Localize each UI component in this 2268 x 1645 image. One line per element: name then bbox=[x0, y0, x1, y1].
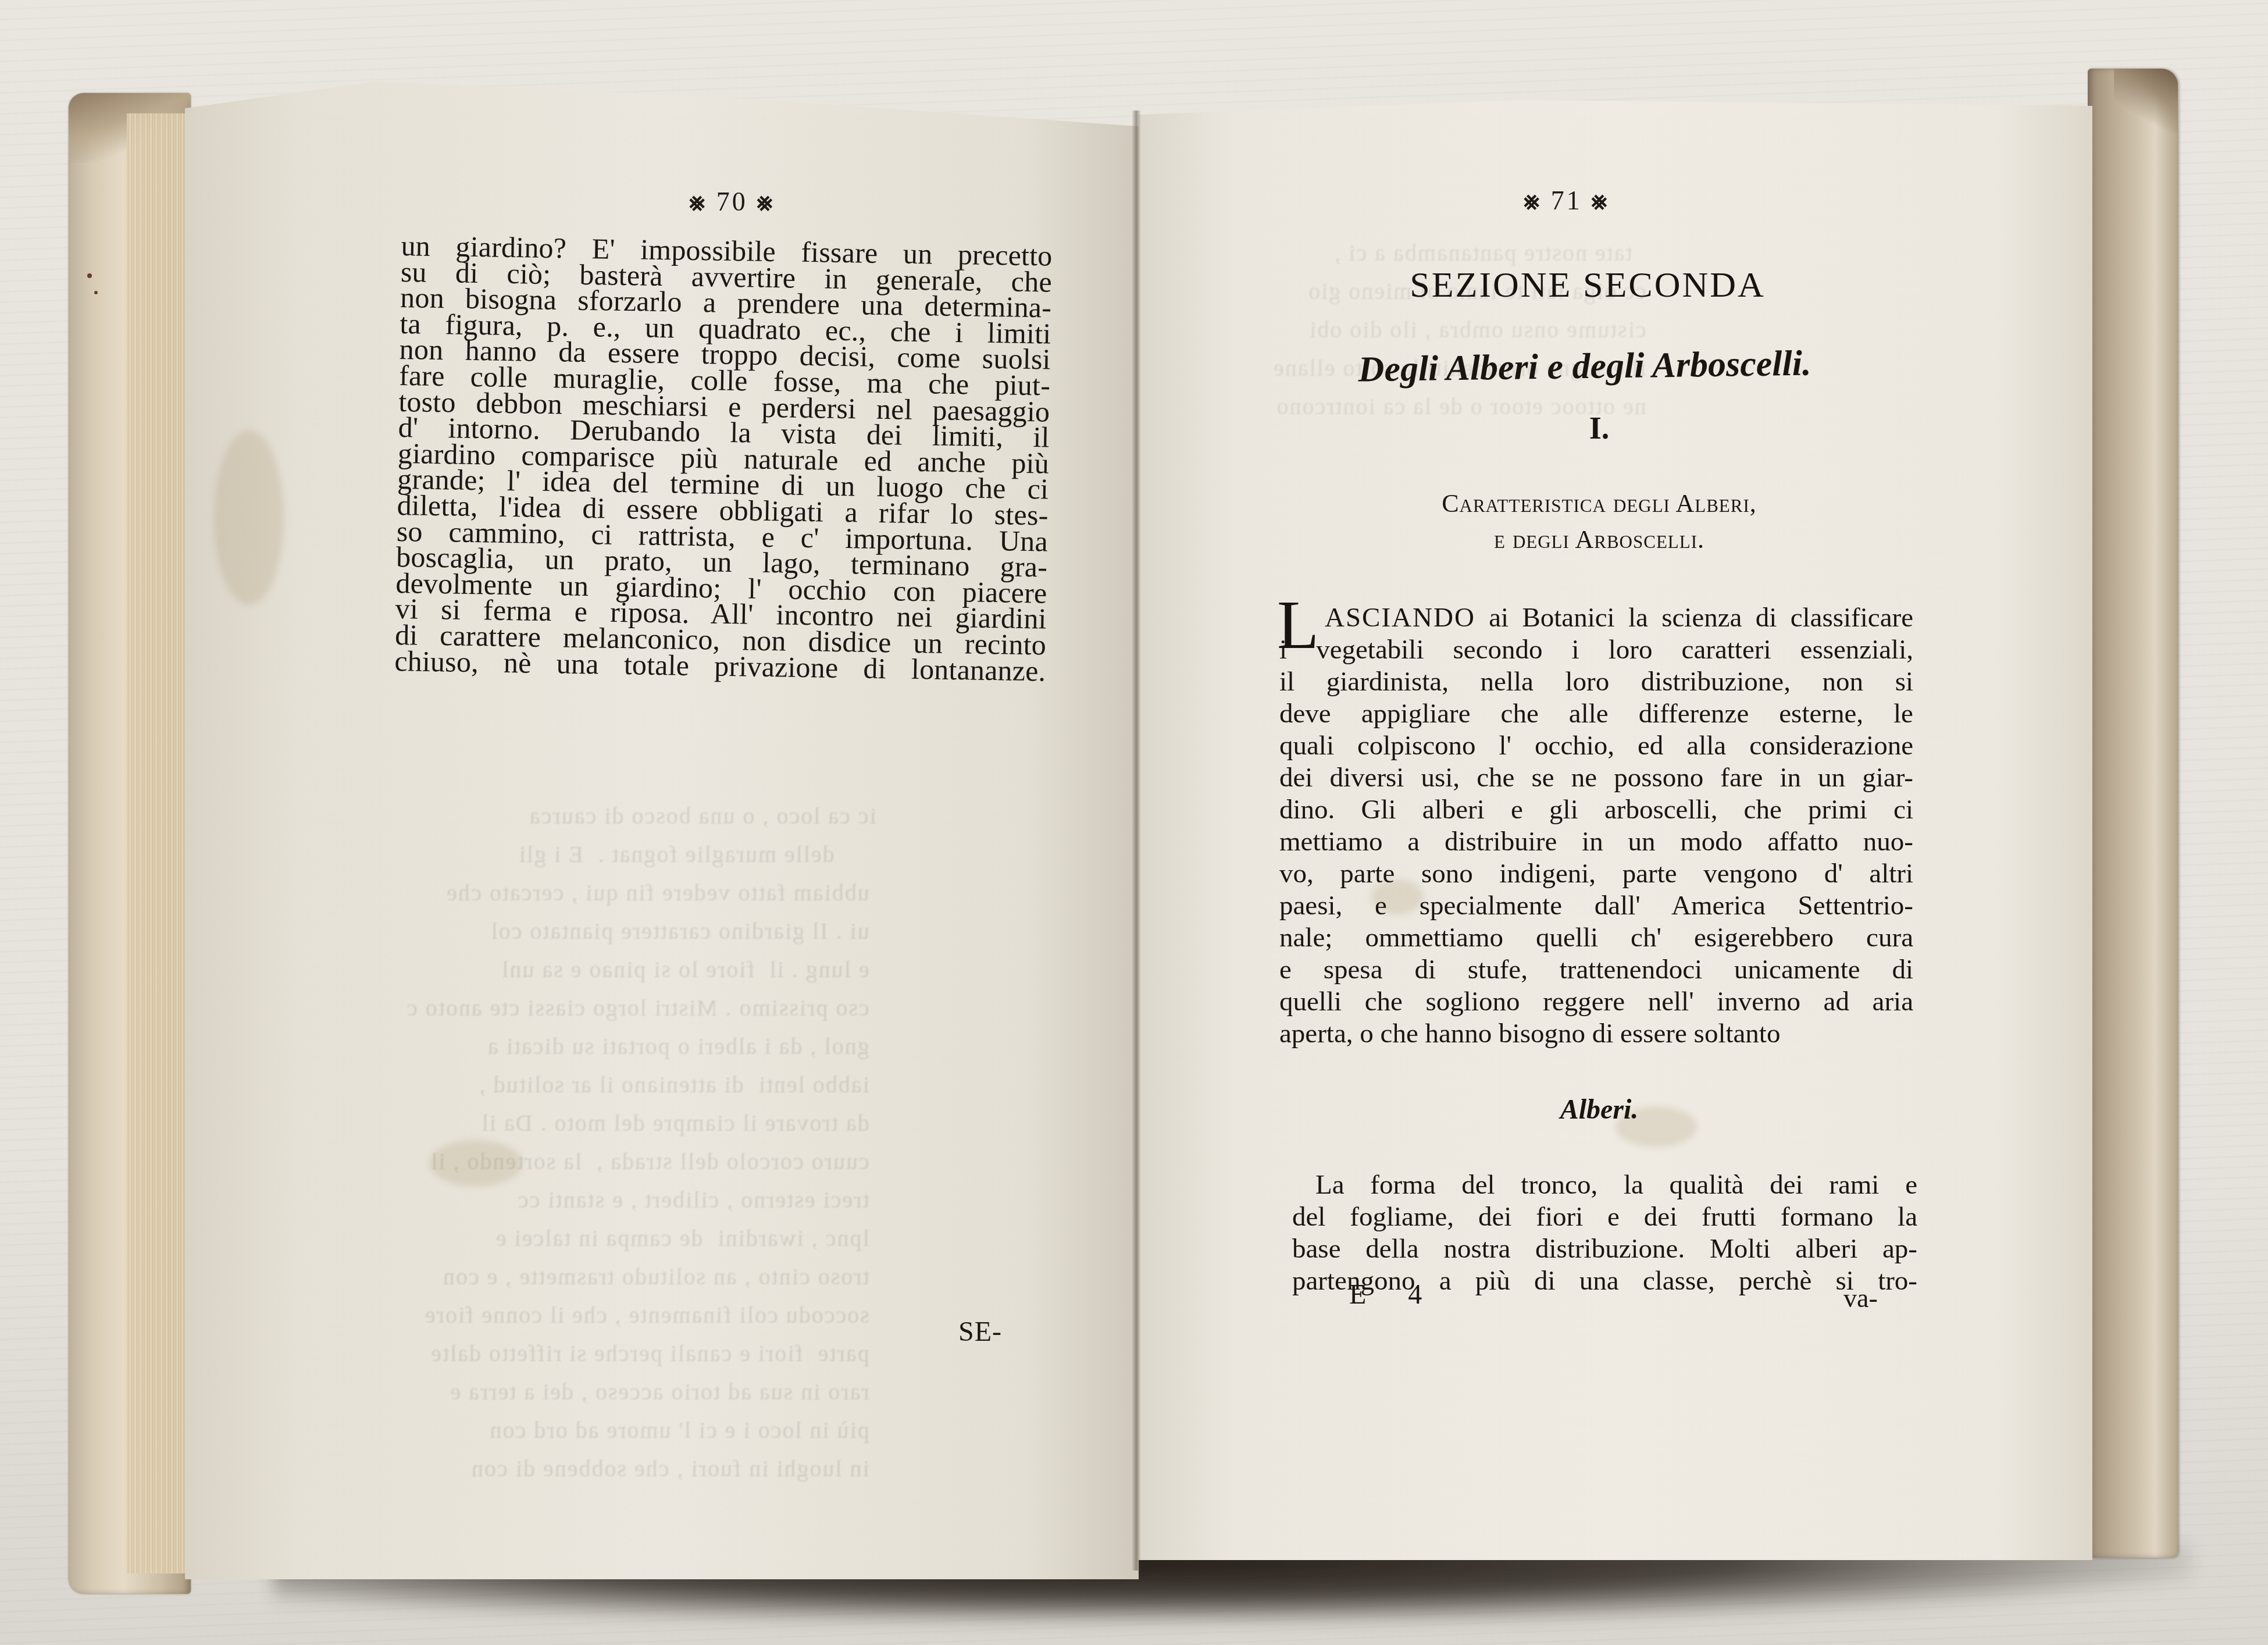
text-fragment: ai Botanici la scienza di classificare bbox=[1489, 603, 1913, 633]
text-line: e spesa di stufe, trattenendoci unicamen… bbox=[1279, 954, 1913, 986]
text-line: i vegetabili secondo i loro caratteri es… bbox=[1279, 634, 1913, 666]
text-line: dino. Gli alberi e gli arboscelli, che p… bbox=[1279, 794, 1913, 826]
text-line: quelli che sogliono reggere nell' invern… bbox=[1279, 986, 1913, 1018]
ornament-icon: ⨳ bbox=[1524, 186, 1542, 216]
chapter-title-line: Caratteristica degli Alberi, bbox=[1338, 486, 1861, 522]
text-line: dei diversi usi, che se ne possono fare … bbox=[1279, 762, 1913, 794]
signature-mark: E 4 bbox=[1349, 1279, 1439, 1311]
show-through-text: tate nostre pantanamba a ci , cc oiga la… bbox=[1272, 234, 1653, 426]
text-line: vo, parte sono indigeni, parte vengono d… bbox=[1279, 858, 1913, 890]
page-number: 71 bbox=[1551, 186, 1582, 215]
text-line: La forma del tronco, la qualità dei rami… bbox=[1292, 1169, 1917, 1201]
left-page-text: un giardino? E' impossibile fissare un p… bbox=[394, 233, 1053, 684]
right-vellum-cover bbox=[2088, 69, 2178, 1558]
text-line: aperta, o che hanno bisogno di essere so… bbox=[1279, 1018, 1913, 1050]
right-catchword: va- bbox=[1843, 1283, 1878, 1313]
cover-turn-in bbox=[2114, 69, 2178, 133]
section-title: SEZIONE SECONDA bbox=[1390, 265, 1785, 306]
foxing-speck bbox=[87, 273, 92, 278]
first-word-small-caps: ASCIANDO bbox=[1325, 603, 1475, 633]
left-page-edges bbox=[127, 113, 191, 1573]
book-gutter bbox=[1132, 111, 1141, 1571]
subheading-alberi: Alberi. bbox=[1512, 1094, 1686, 1126]
page-number: 70 bbox=[716, 187, 748, 216]
text-line: del fogliame, dei fiori e dei frutti for… bbox=[1292, 1201, 1917, 1233]
chapter-title: Caratteristica degli Alberi, e degli Arb… bbox=[1338, 486, 1861, 558]
text-line: ASCIANDO ai Botanici la scienza di class… bbox=[1279, 602, 1913, 634]
chapter-number: I. bbox=[1564, 410, 1634, 446]
chapter-title-line: e degli Arboscelli. bbox=[1338, 522, 1861, 558]
foxing-stain bbox=[214, 430, 284, 605]
text-line: il giardinista, nella loro distribuzione… bbox=[1279, 666, 1913, 698]
foxing-speck bbox=[94, 291, 98, 294]
ornament-icon: ⨳ bbox=[1591, 186, 1609, 216]
text-line: paesi, e specialmente dall' America Sett… bbox=[1279, 890, 1913, 922]
text-line: nale; ommettiamo quelli ch' esigerebbero… bbox=[1279, 922, 1913, 954]
right-paragraph-2: La forma del tronco, la qualità dei rami… bbox=[1292, 1169, 1917, 1297]
foxing-stain bbox=[429, 1140, 522, 1187]
section-subtitle: Degli Alberi e degli Arboscelli. bbox=[1308, 342, 1862, 391]
right-paragraph-1: ASCIANDO ai Botanici la scienza di class… bbox=[1279, 602, 1913, 1050]
ornament-icon: ⨳ bbox=[757, 187, 775, 217]
left-catchword: SE- bbox=[958, 1316, 1002, 1348]
text-line: mettiamo a distribuire in un modo affatt… bbox=[1279, 826, 1913, 858]
right-running-head: ⨳ 71 ⨳ bbox=[1524, 185, 1610, 216]
text-line: deve appigliare che alle differenze este… bbox=[1279, 698, 1913, 730]
left-running-head: ⨳ 70 ⨳ bbox=[689, 186, 775, 217]
ornament-icon: ⨳ bbox=[689, 187, 707, 217]
text-line: base della nostra distribuzione. Molti a… bbox=[1292, 1233, 1917, 1265]
text-line: quali colpiscono l' occhio, ed alla cons… bbox=[1279, 730, 1913, 762]
